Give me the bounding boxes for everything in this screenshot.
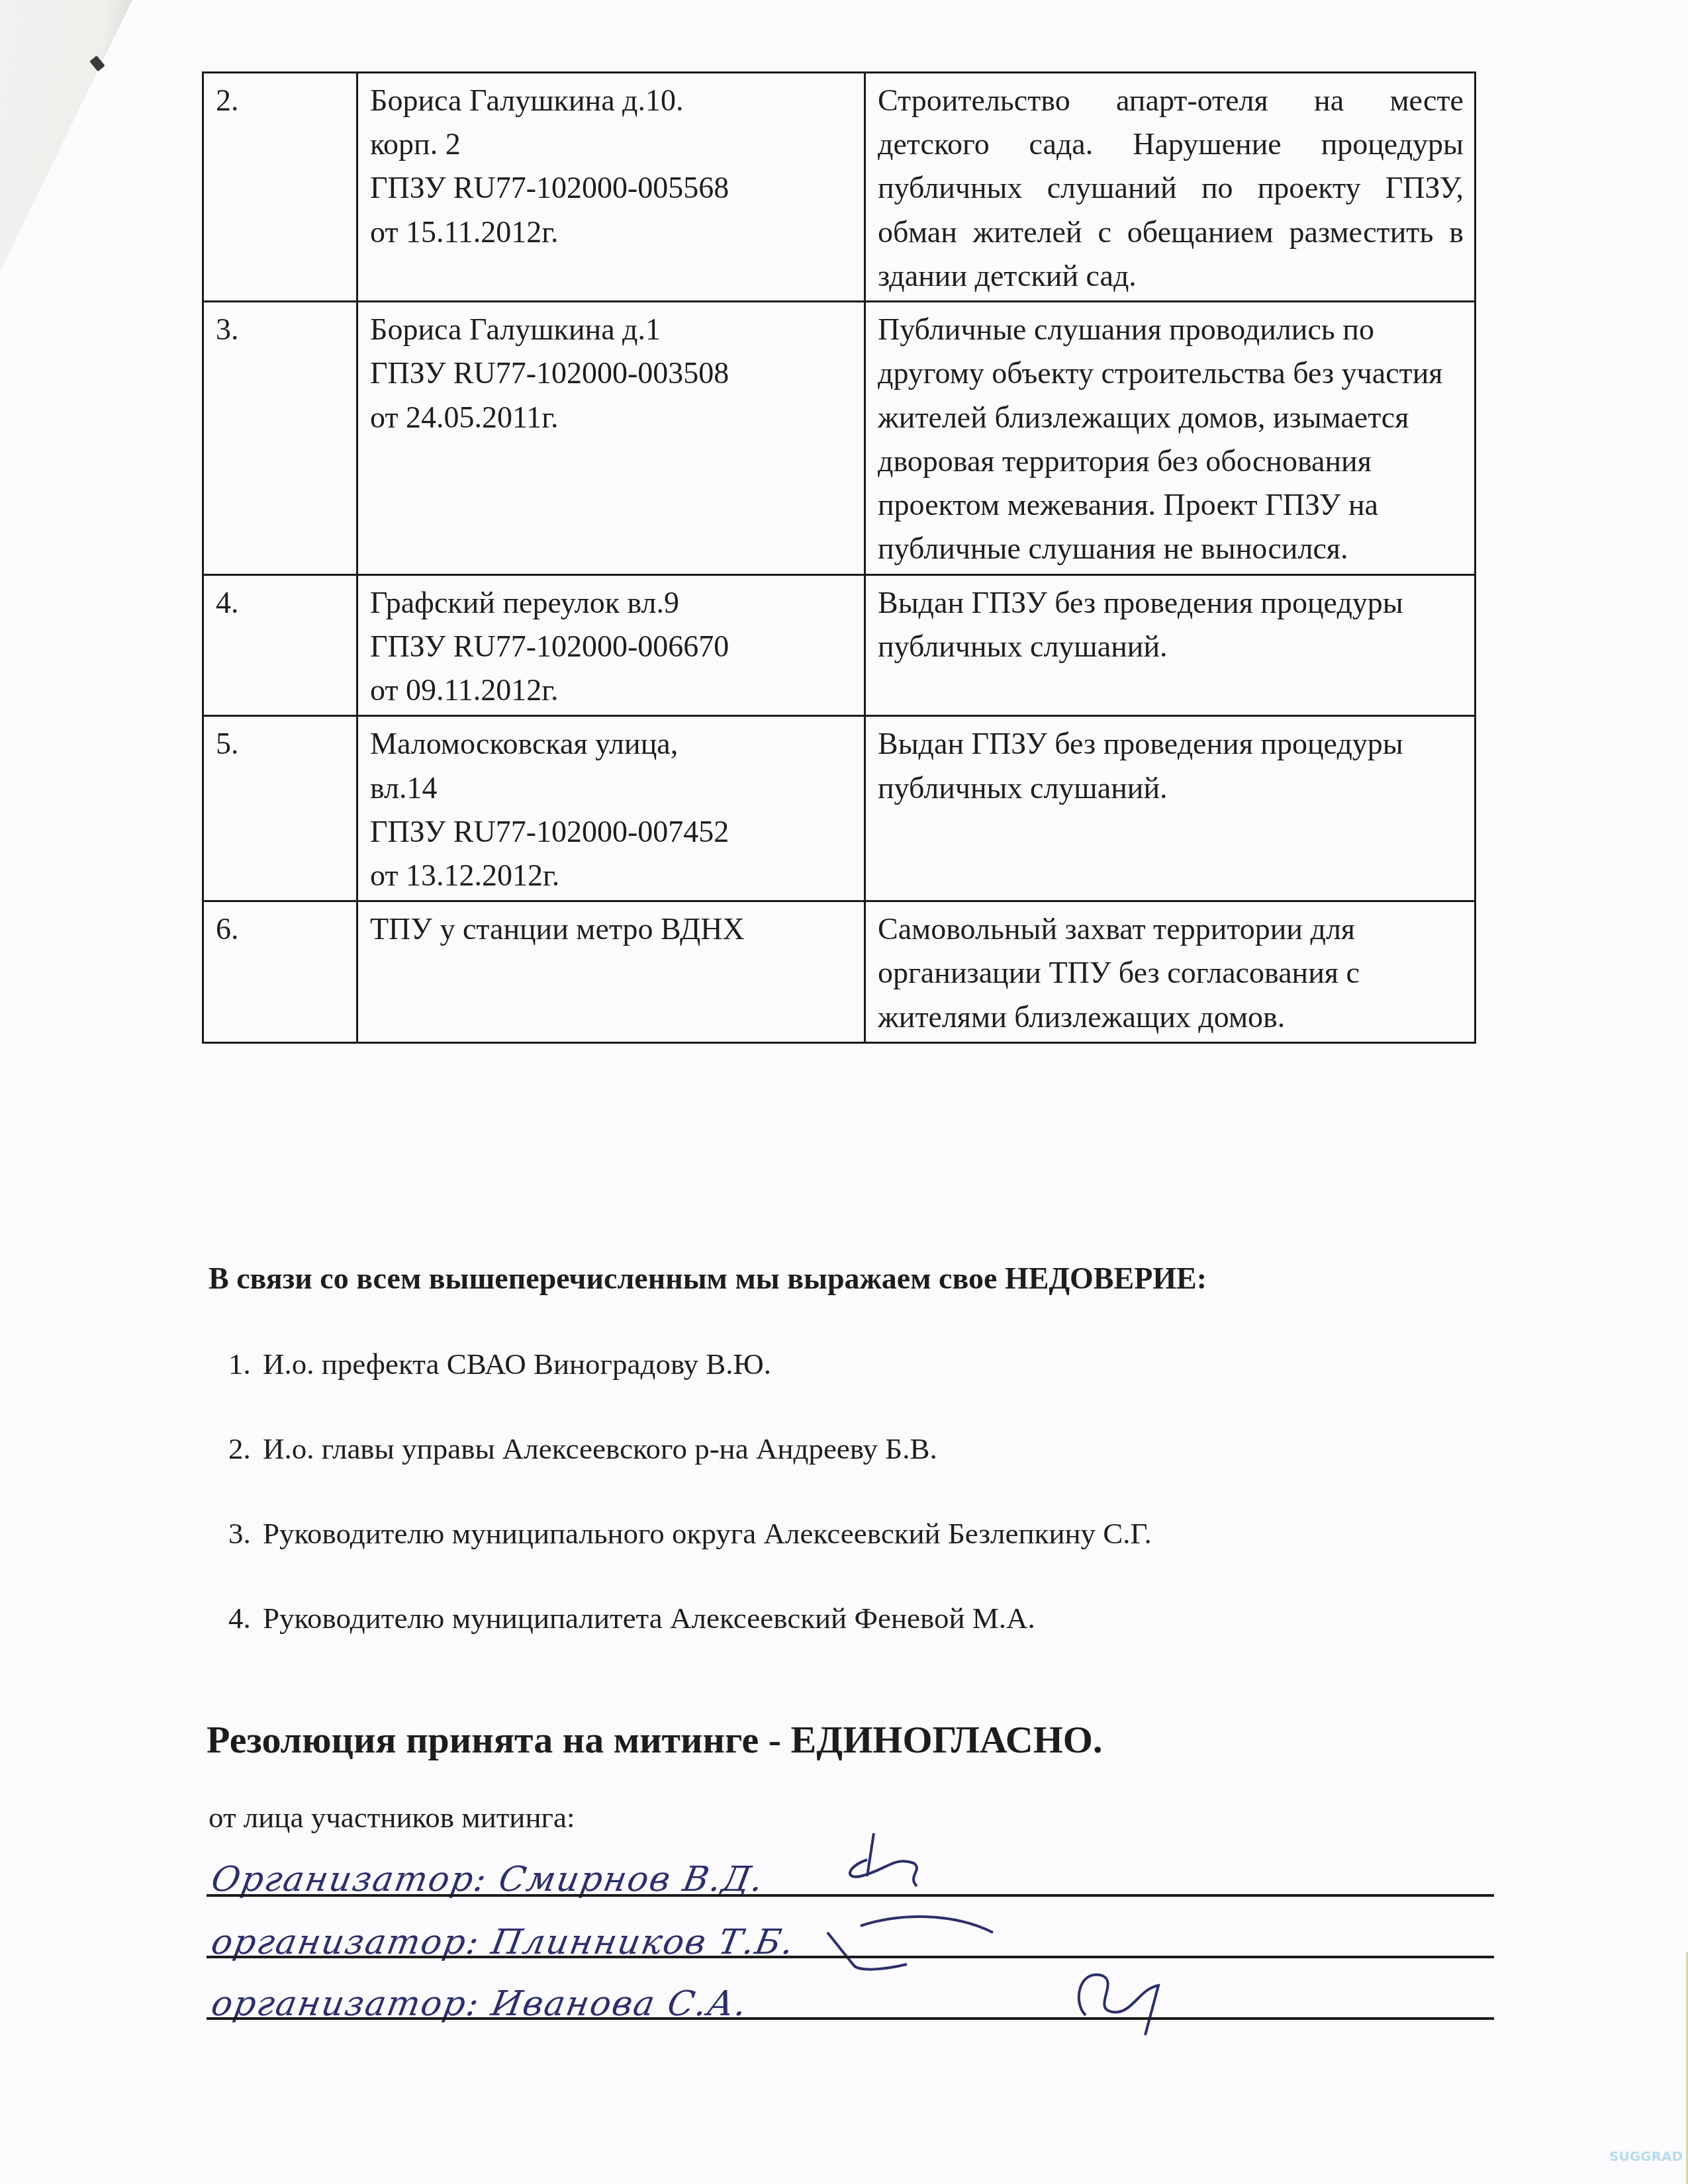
table-row: 2.Бориса Галушкина д.10.корп. 2ГПЗУ RU77… xyxy=(203,73,1476,302)
address-line: от 15.11.2012г. xyxy=(370,210,853,254)
list-item-text: И.о. главы управы Алексеевского р-на Анд… xyxy=(263,1432,937,1516)
object-address: ТПУ у станции метро ВДНХ xyxy=(357,901,865,1043)
address-line: Маломосковская улица, xyxy=(370,722,853,766)
signature-scribble-icon xyxy=(1066,1962,1185,2042)
row-number: 6. xyxy=(203,901,357,1043)
list-item-text: И.о. префекта СВАО Виноградову В.Ю. xyxy=(263,1347,771,1432)
list-item-number: 1. xyxy=(228,1347,263,1432)
address-line: Бориса Галушкина д.1 xyxy=(370,308,853,351)
signers-label: от лица участников митинга: xyxy=(209,1800,575,1835)
object-address: Бориса Галушкина д.1ГПЗУ RU77-102000-003… xyxy=(357,302,865,574)
address-line: от 24.05.2011г. xyxy=(370,396,853,439)
table-row: 6.ТПУ у станции метро ВДНХСамовольный за… xyxy=(203,901,1476,1043)
signature-scribble-icon xyxy=(841,1830,933,1903)
list-item: 1.И.о. префекта СВАО Виноградову В.Ю. xyxy=(228,1347,1152,1432)
address-line: от 09.11.2012г. xyxy=(370,668,853,712)
list-item: 4.Руководителю муниципалитета Алексеевск… xyxy=(228,1601,1152,1686)
watermark-logo: SUGGRAD xyxy=(1609,2148,1683,2164)
object-address: Маломосковская улица,вл.14ГПЗУ RU77-1020… xyxy=(357,716,865,901)
table-row: 4.Графский переулок вл.9ГПЗУ RU77-102000… xyxy=(203,574,1476,716)
row-number: 3. xyxy=(203,302,357,574)
list-item-number: 3. xyxy=(228,1516,263,1601)
list-item-number: 4. xyxy=(228,1601,263,1686)
address-line: ТПУ у станции метро ВДНХ xyxy=(370,907,853,951)
address-line: ГПЗУ RU77-102000-007452 xyxy=(370,810,853,854)
folded-corner xyxy=(0,0,132,271)
address-line: ГПЗУ RU77-102000-003508 xyxy=(370,351,853,395)
row-number: 2. xyxy=(203,73,357,302)
signature-line xyxy=(207,1894,1494,1897)
violation-description: Самовольный захват территории для органи… xyxy=(865,901,1476,1043)
violation-description: Публичные слушания проводились по другом… xyxy=(865,302,1476,574)
list-item-number: 2. xyxy=(228,1432,263,1516)
address-line: ГПЗУ RU77-102000-006670 xyxy=(370,625,853,668)
table-row: 5.Маломосковская улица,вл.14ГПЗУ RU77-10… xyxy=(203,716,1476,901)
object-address: Бориса Галушкина д.10.корп. 2ГПЗУ RU77-1… xyxy=(357,73,865,302)
violation-description: Строительство апарт-отеля на месте детск… xyxy=(865,73,1476,302)
scanned-document-page: 2.Бориса Галушкина д.10.корп. 2ГПЗУ RU77… xyxy=(0,0,1688,2184)
row-number: 4. xyxy=(203,574,357,716)
violation-description: Выдан ГПЗУ без проведения процедуры публ… xyxy=(865,716,1476,901)
list-item-text: Руководителю муниципалитета Алексеевский… xyxy=(263,1601,1035,1686)
table-row: 3.Бориса Галушкина д.1ГПЗУ RU77-102000-0… xyxy=(203,302,1476,574)
address-line: вл.14 xyxy=(370,766,853,810)
row-number: 5. xyxy=(203,716,357,901)
list-item: 2.И.о. главы управы Алексеевского р-на А… xyxy=(228,1432,1152,1516)
list-item: 3.Руководителю муниципального округа Але… xyxy=(228,1516,1152,1601)
address-line: корп. 2 xyxy=(370,122,853,166)
signature-line xyxy=(207,2017,1494,2020)
violation-description: Выдан ГПЗУ без проведения процедуры публ… xyxy=(865,574,1476,716)
address-line: от 13.12.2012г. xyxy=(370,854,853,897)
resolution-statement: Резолюция принята на митинге - ЕДИНОГЛАС… xyxy=(207,1717,1102,1762)
signature-line xyxy=(207,1956,1494,1958)
handwritten-signature-1: Организатор: Смирнов В.Д. xyxy=(209,1860,767,1899)
distrust-list: 1.И.о. префекта СВАО Виноградову В.Ю. 2.… xyxy=(228,1347,1152,1686)
address-line: Бориса Галушкина д.10. xyxy=(370,79,853,122)
address-line: Графский переулок вл.9 xyxy=(370,581,853,625)
distrust-heading: В связи со всем вышеперечисленным мы выр… xyxy=(209,1261,1207,1296)
list-item-text: Руководителю муниципального округа Алекс… xyxy=(263,1516,1152,1601)
signature-scribble-icon xyxy=(821,1913,1019,1979)
object-address: Графский переулок вл.9ГПЗУ RU77-102000-0… xyxy=(357,574,865,716)
objects-table: 2.Бориса Галушкина д.10.корп. 2ГПЗУ RU77… xyxy=(202,71,1476,1044)
address-line: ГПЗУ RU77-102000-005568 xyxy=(370,166,853,210)
